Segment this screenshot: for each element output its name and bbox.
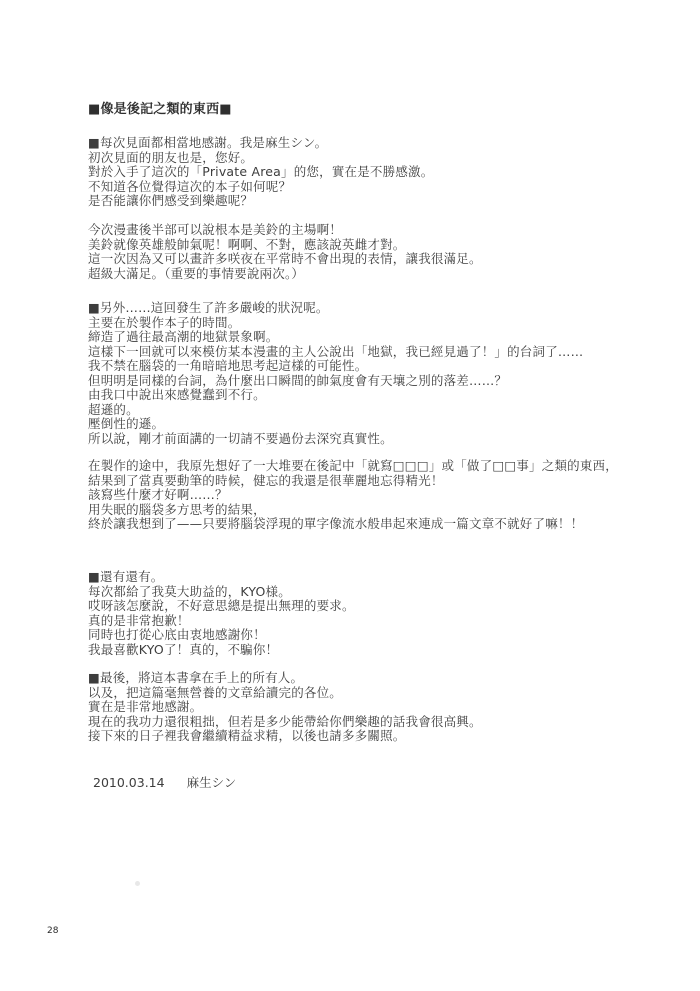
text-line: ■還有還有。 [88,570,670,585]
afterword-page: ■像是後記之類的東西■ ■每次見面都相當地感謝。我是麻生シン。 初次見面的朋友也… [0,0,700,991]
text-line: 哎呀該怎麼說，不好意思總是提出無理的要求。 [88,599,670,614]
text-line: 每次都給了我莫大助益的，KYO様。 [88,585,670,600]
text-line: 實在是非常地感謝。 [88,700,670,715]
text-line: 壓倒性的遜。 [88,417,670,432]
text-line: 結果到了當真要動筆的時候，健忘的我還是很華麗地忘得精光！ [88,474,670,489]
author-name: 麻生シン [187,775,237,790]
text-line: 是否能讓你們感受到樂趣呢？ [88,194,670,209]
text-line: 我最喜歡KYO了！真的，不騙你！ [88,643,670,658]
text-line: 超級大滿足。（重要的事情要說兩次。） [88,267,670,282]
paragraph-greeting: ■每次見面都相當地感謝。我是麻生シン。 初次見面的朋友也是，您好。 對於入手了這… [88,136,670,209]
text-line: 在製作的途中，我原先想好了一大堆要在後記中「就寫□□□」或「做了□□事」之類的東… [88,459,670,474]
text-line: 真的是非常抱歉！ [88,614,670,629]
text-line: 今次漫畫後半部可以說根本是美鈴的主場啊！ [88,223,670,238]
scan-artifact-dot [135,881,140,886]
text-line: 初次見面的朋友也是，您好。 [88,151,670,166]
text-line: 終於讓我想到了——只要將腦袋浮現的單字像流水般串起來連成一篇文章不就好了嘛！！ [88,517,670,532]
paragraph-hardships: ■另外……這回發生了許多嚴峻的狀況呢。 主要在於製作本子的時間。 締造了過往最高… [88,301,670,446]
signature-line: 2010.03.14麻生シン [93,773,236,791]
text-line: 主要在於製作本子的時間。 [88,316,670,331]
paragraph-writing-process: 在製作的途中，我原先想好了一大堆要在後記中「就寫□□□」或「做了□□事」之類的東… [88,459,670,532]
text-line: 我不禁在腦袋的一角暗暗地思考起這樣的可能性。 [88,359,670,374]
text-line: 這樣下一回就可以來模仿某本漫畫的主人公說出「地獄，我已經見過了！」的台詞了…… [88,345,670,360]
text-line: 接下來的日子裡我會繼續精益求精，以後也請多多關照。 [88,729,670,744]
page-number: 28 [47,926,58,936]
text-line: 所以說，剛才前面講的一切請不要過份去深究真實性。 [88,432,670,447]
text-line: 但明明是同樣的台詞，為什麼出口瞬間的帥氣度會有天壤之別的落差……？ [88,374,670,389]
text-line: 同時也打從心底由衷地感謝你！ [88,628,670,643]
text-line: 用失眠的腦袋多方思考的結果， [88,503,670,518]
paragraph-thanks-kyo: ■還有還有。 每次都給了我莫大助益的，KYO様。 哎呀該怎麼說，不好意思總是提出… [88,570,670,657]
paragraph-manga-comments: 今次漫畫後半部可以說根本是美鈴的主場啊！ 美鈴就像英雄般帥氣呢！啊啊、不對，應該… [88,223,670,281]
text-line: 現在的我功力還很粗拙，但若是多少能帶給你們樂趣的話我會很高興。 [88,715,670,730]
page-title: ■像是後記之類的東西■ [88,103,670,118]
text-line: ■最後，將這本書拿在手上的所有人。 [88,671,670,686]
text-line: 該寫些什麼才好啊……？ [88,488,670,503]
text-line: 由我口中說出來感覺蠢到不行。 [88,388,670,403]
heading-text: ■像是後記之類的東西■ [88,103,670,118]
text-line: ■另外……這回發生了許多嚴峻的狀況呢。 [88,301,670,316]
paragraph-final-thanks: ■最後，將這本書拿在手上的所有人。 以及，把這篇毫無營養的文章給讀完的各位。 實… [88,671,670,744]
text-line: 締造了過往最高潮的地獄景象啊。 [88,330,670,345]
signature-date: 2010.03.14 [93,775,165,790]
text-line: 不知道各位覺得這次的本子如何呢？ [88,180,670,195]
text-line: 美鈴就像英雄般帥氣呢！啊啊、不對，應該說英雌才對。 [88,238,670,253]
text-line: 以及，把這篇毫無營養的文章給讀完的各位。 [88,686,670,701]
text-line: 超遜的。 [88,403,670,418]
text-line: ■每次見面都相當地感謝。我是麻生シン。 [88,136,670,151]
text-line: 這一次因為又可以畫許多咲夜在平常時不會出現的表情，讓我很滿足。 [88,252,670,267]
text-line: 對於入手了這次的「Private Area」的您，實在是不勝感激。 [88,165,670,180]
